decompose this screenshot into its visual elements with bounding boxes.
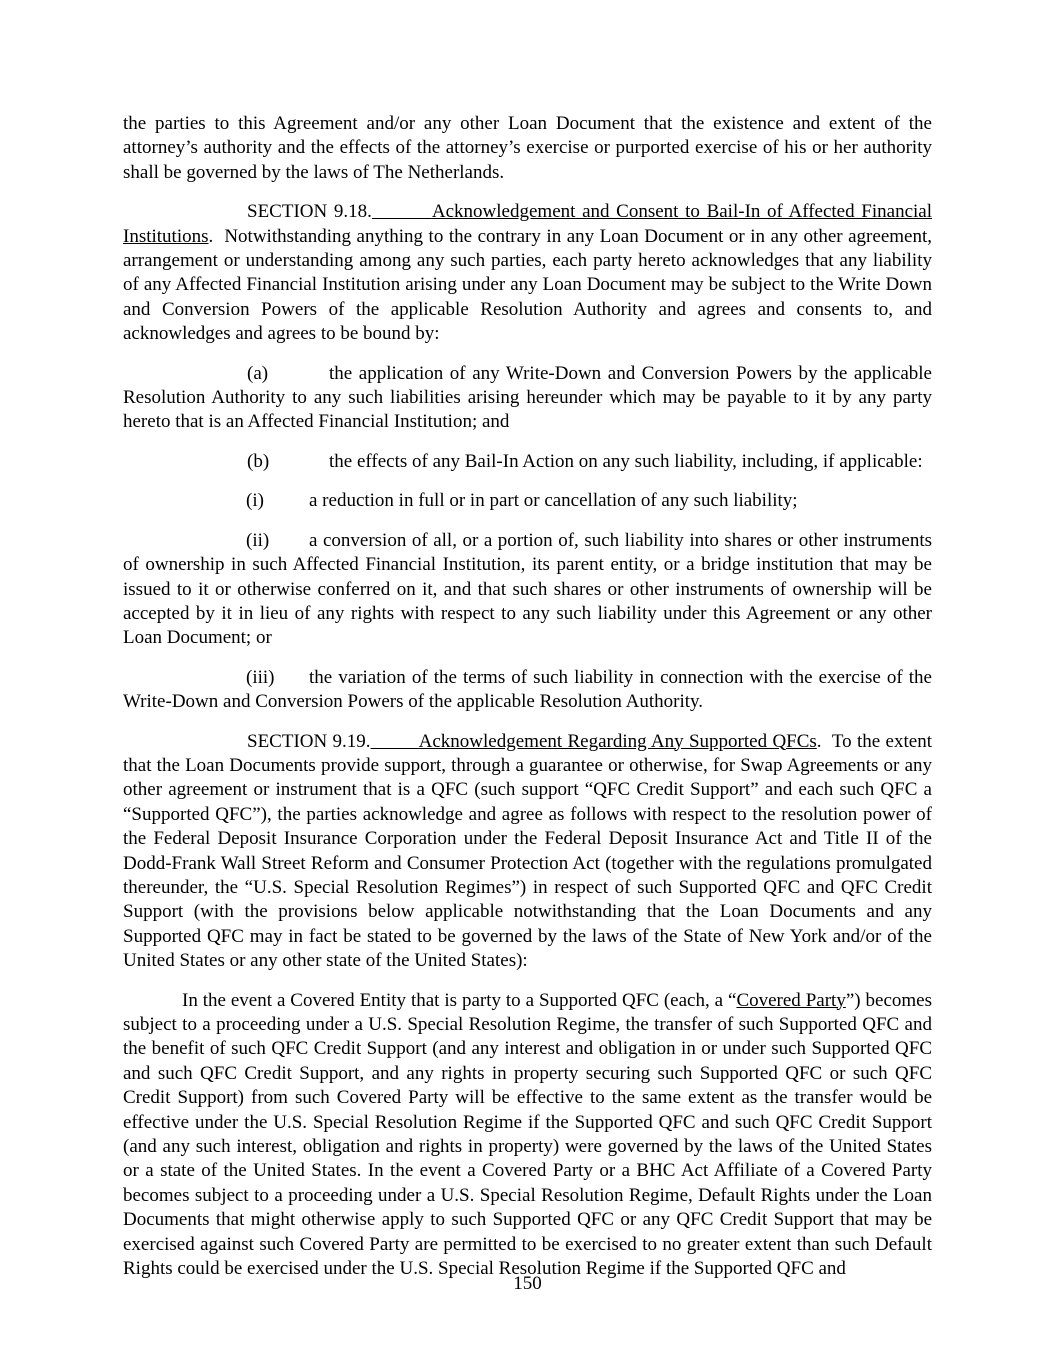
document-page: the parties to this Agreement and/or any… (0, 0, 1055, 1365)
clause-b-i-text: a reduction in full or in part or cancel… (309, 490, 798, 511)
clause-b-text: the effects of any Bail-In Action on any… (329, 451, 923, 472)
section-9-19-body: . To the extent that the Loan Documents … (123, 731, 932, 972)
covered-party-text-before: In the event a Covered Entity that is pa… (182, 990, 736, 1011)
section-9-18-body: . Notwithstanding anything to the contra… (123, 226, 932, 345)
covered-party-paragraph: In the event a Covered Entity that is pa… (123, 989, 932, 1282)
clause-b: (b)the effects of any Bail-In Action on … (123, 450, 932, 474)
covered-party-text-after: ”) becomes subject to a proceeding under… (123, 990, 932, 1279)
defined-term-covered-party: Covered Party (736, 990, 845, 1011)
section-9-19-label: SECTION 9.19. (247, 731, 371, 752)
clause-b-iii-text: the variation of the terms of such liabi… (123, 667, 932, 712)
clause-b-iii: (iii)the variation of the terms of such … (123, 666, 932, 715)
paragraph-continuation: the parties to this Agreement and/or any… (123, 112, 932, 185)
section-9-19-heading: Acknowledgement Regarding Any Supported … (419, 731, 817, 752)
page-number: 150 (0, 1272, 1055, 1296)
clause-b-i-marker: (i) (246, 489, 309, 513)
section-9-18-paragraph: SECTION 9.18. Acknowledgement and Consen… (123, 200, 932, 346)
clause-b-i: (i)a reduction in full or in part or can… (123, 489, 932, 513)
section-9-19-paragraph: SECTION 9.19. Acknowledgement Regarding … (123, 730, 932, 974)
clause-a-text: the application of any Write-Down and Co… (123, 363, 932, 433)
tab-underline (372, 201, 432, 222)
section-9-18-label: SECTION 9.18. (247, 201, 372, 222)
clause-b-ii-marker: (ii) (246, 529, 309, 553)
clause-b-marker: (b) (247, 450, 329, 474)
clause-a-marker: (a) (247, 362, 329, 386)
clause-a: (a)the application of any Write-Down and… (123, 362, 932, 435)
clause-b-ii-text: a conversion of all, or a portion of, su… (123, 530, 932, 649)
clause-b-iii-marker: (iii) (246, 666, 309, 690)
tab-underline (371, 731, 419, 752)
clause-b-ii: (ii)a conversion of all, or a portion of… (123, 529, 932, 651)
